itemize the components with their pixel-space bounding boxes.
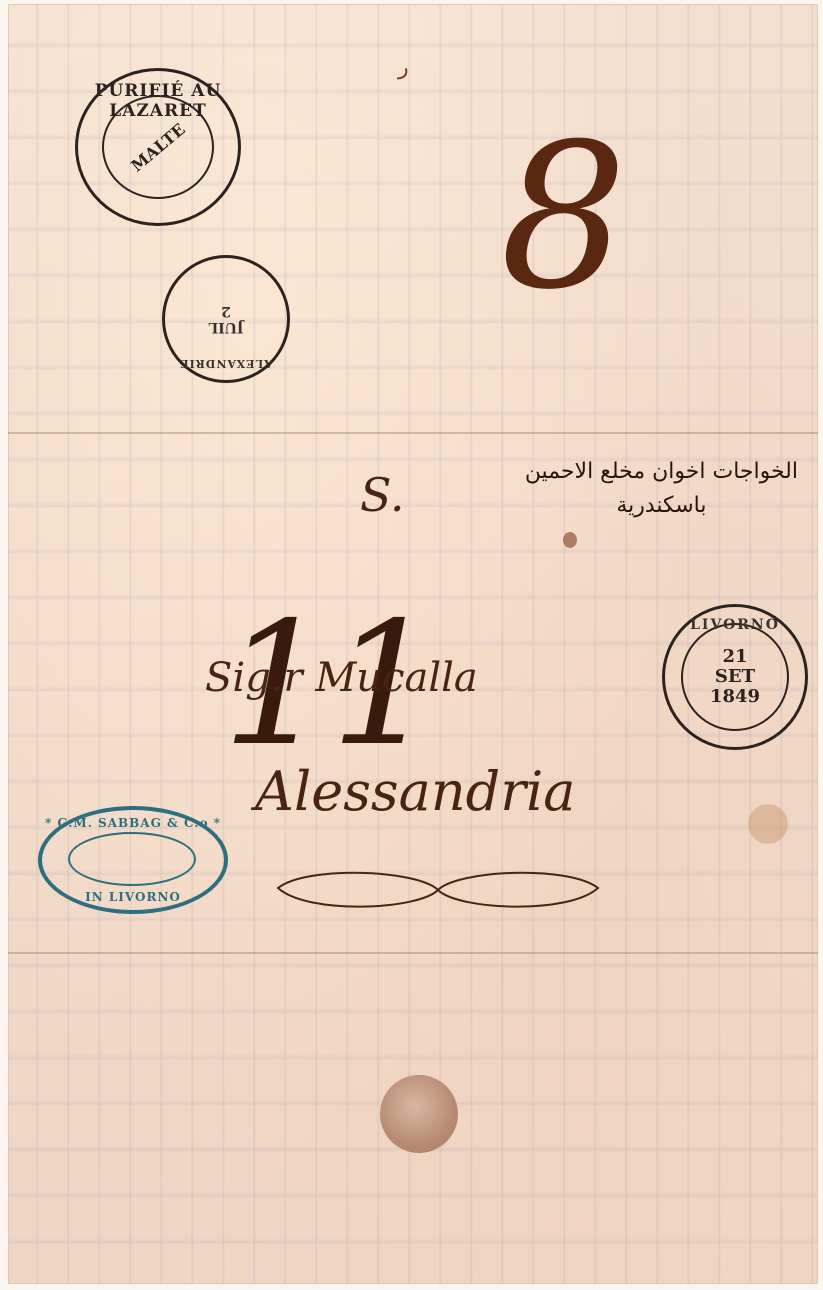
postmark-outer-text: ALEXANDRIE [165, 357, 287, 370]
arabic-line-2: باسكندرية [525, 489, 798, 523]
postmark-outer-text: LIVORNO [665, 617, 805, 633]
alexandrie-postmark: ALEXANDRIE JUIL 2 [162, 255, 290, 383]
addressee: Sig.r Mucalla [205, 655, 478, 701]
inner-ring [681, 623, 789, 731]
sabbag-cachet: * G.M. SABBAG & C.o * IN LIVORNO [38, 806, 228, 914]
flourish-underline [268, 860, 608, 920]
postmark-date: JUIL 2 [208, 303, 243, 335]
fold-line [8, 432, 818, 434]
arabic-address: الخواجات اخوان مخلع الاحمين باسكندرية [525, 455, 798, 523]
postmark-month: JUIL [208, 319, 243, 335]
cachet-inner-oval [68, 832, 196, 886]
cachet-top-text: * G.M. SABBAG & C.o * [42, 816, 224, 830]
top-small-mark: ﺭ [398, 55, 409, 80]
livorno-postmark: LIVORNO 21 SET 1849 [662, 604, 808, 750]
ink-blot [563, 532, 577, 548]
destination: Alessandria [255, 760, 575, 823]
lazaret-postmark: PURIFIÉ AU LAZARET MALTE [75, 68, 241, 226]
fold-line [8, 952, 818, 954]
signature-mark: S. [360, 468, 405, 522]
stain [748, 804, 788, 844]
postmark-outer-text: PURIFIÉ AU LAZARET [78, 81, 238, 121]
wax-seal-remnant [380, 1075, 458, 1153]
rate-mark-top: 8 [500, 118, 627, 318]
postmark-day: 2 [208, 303, 243, 319]
cachet-bottom-text: IN LIVORNO [42, 890, 224, 904]
arabic-line-1: الخواجات اخوان مخلع الاحمين [525, 455, 798, 489]
